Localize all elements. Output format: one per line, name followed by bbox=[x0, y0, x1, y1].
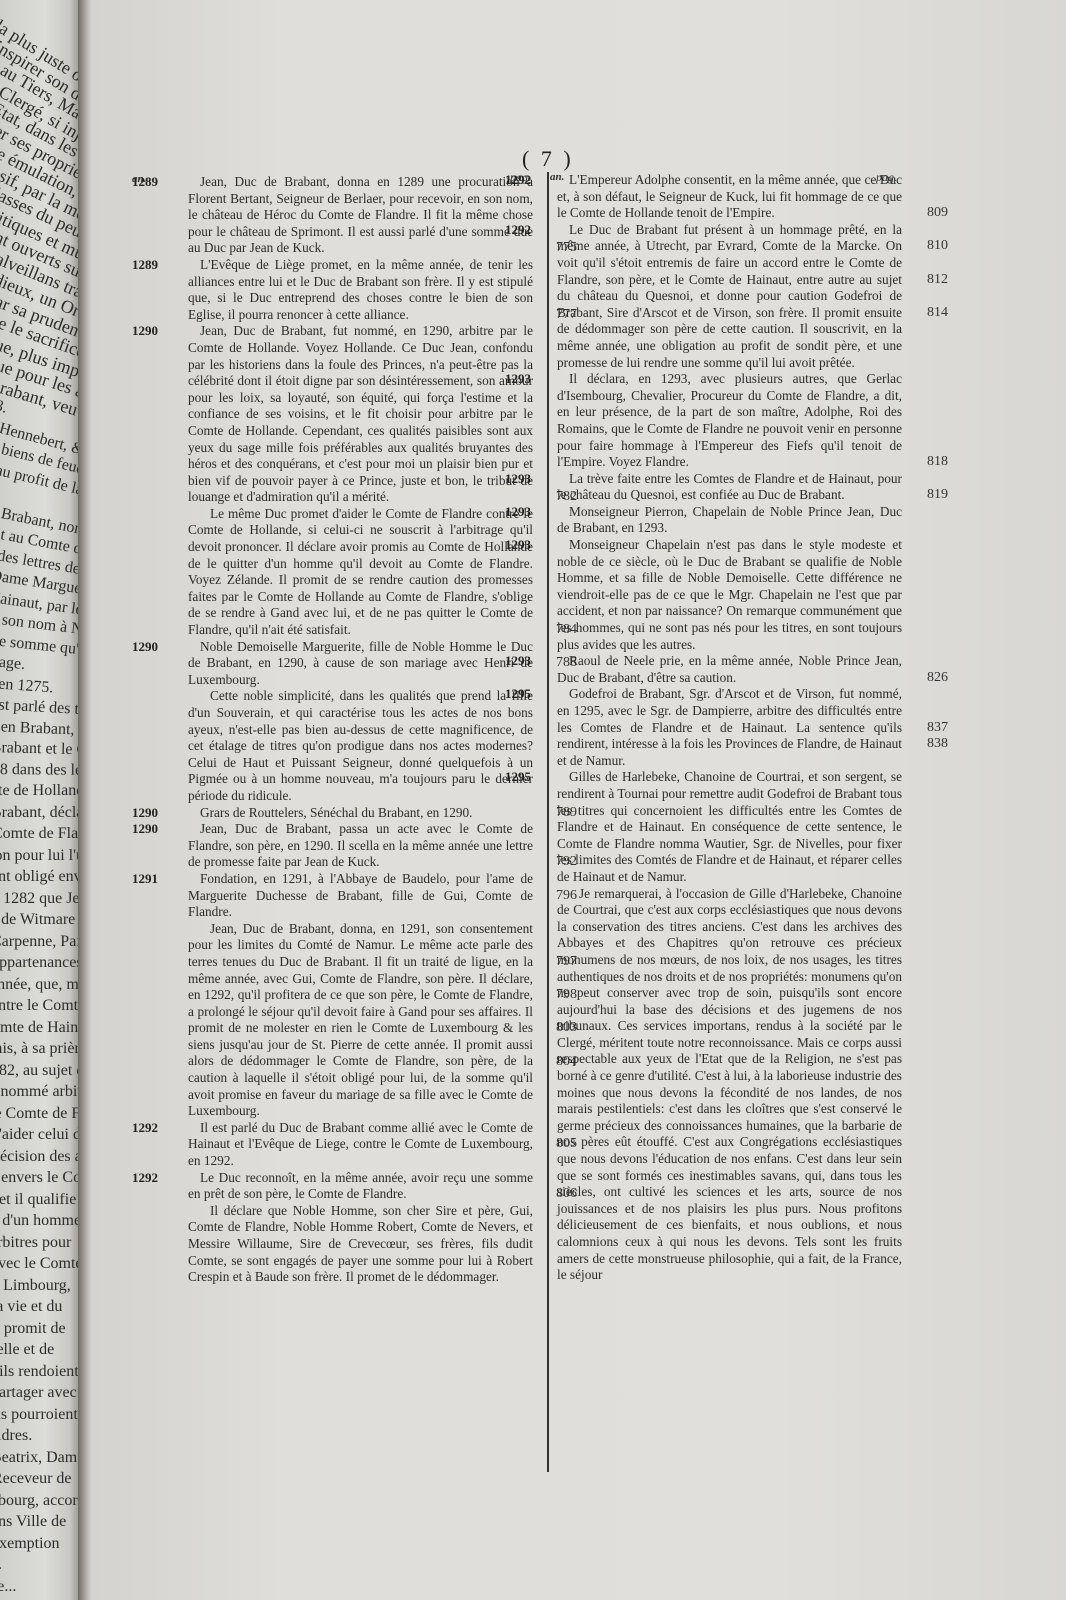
entry-year: 1292 bbox=[505, 222, 531, 239]
entry: Il déclare que Noble Homme, son cher Sir… bbox=[188, 1203, 533, 1286]
page-reference: 812 bbox=[927, 272, 948, 289]
facing-page-line: d'aider celui des bbox=[0, 1126, 82, 1144]
facing-page-line: entre le Comte de bbox=[0, 997, 82, 1015]
entry-year: 1293 bbox=[505, 653, 531, 670]
facing-page-fragment: it la plus juste obje-d'inspirer son dé-… bbox=[0, 0, 82, 1600]
entry-year: 1293 bbox=[505, 504, 531, 521]
left-column: 1289Jean, Duc de Brabant, donna en 1289 … bbox=[188, 174, 533, 1286]
entry-year: 1293 bbox=[505, 371, 531, 388]
entry-text: Je remarquerai, à l'occasion de Gille d'… bbox=[557, 886, 902, 1284]
facing-page-line: partager avec bbox=[0, 1384, 77, 1402]
facing-page-line: e envers le Comte bbox=[0, 1169, 82, 1187]
facing-page-line: arbitres pour bbox=[0, 1234, 71, 1252]
page-number-header: ( 7 ) bbox=[522, 146, 574, 172]
book-page: ( 7 ) an. pag. an. pag. 1289Jean, Duc de… bbox=[92, 0, 1066, 1600]
facing-page-line: il promit de bbox=[0, 1320, 66, 1338]
facing-page-line: s d'un homme bbox=[0, 1212, 81, 1230]
entry: 1292Le Duc reconnoît, en la même année, … bbox=[188, 1170, 533, 1203]
right-column: 1292L'Empereur Adolphe consentit, en la … bbox=[557, 172, 902, 1284]
entry: 1292Le Duc de Brabant fut présent à un h… bbox=[557, 222, 902, 371]
entry-year: 1295 bbox=[505, 686, 531, 703]
facing-page-line: eldres. bbox=[0, 1427, 32, 1445]
facing-page-line: 282, au sujet du bbox=[0, 1062, 82, 1080]
entry: 1293Il déclara, en 1293, avec plusieurs … bbox=[557, 371, 902, 471]
book-gutter bbox=[78, 0, 92, 1600]
entry-year: 1293 bbox=[505, 471, 531, 488]
entry-text: Gilles de Harlebeke, Chanoine de Courtra… bbox=[557, 769, 902, 885]
entry-year: 1289 bbox=[132, 257, 158, 274]
facing-page-line: Brabant, déclare, bbox=[0, 804, 82, 822]
facing-page-line: Receveur de bbox=[0, 1470, 72, 1488]
page-reference: 818 bbox=[927, 454, 948, 471]
entry: Le même Duc promet d'aider le Comte de F… bbox=[188, 506, 533, 639]
entry: 1295Godefroi de Brabant, Sgr. d'Arscot e… bbox=[557, 686, 902, 769]
entry-year: 1292 bbox=[505, 172, 531, 189]
facing-page-line: riage. bbox=[0, 653, 26, 674]
page-reference: 838 bbox=[927, 736, 948, 753]
facing-page-line: sa vie et du bbox=[0, 1298, 62, 1316]
facing-page-line: Je... bbox=[0, 1578, 16, 1596]
facing-page-line: telle et de bbox=[0, 1341, 54, 1359]
entry: 1295Gilles de Harlebeke, Chanoine de Cou… bbox=[557, 769, 902, 885]
page-reference: 809 bbox=[927, 205, 948, 222]
entry: 1292Il est parlé du Duc de Brabant comme… bbox=[188, 1120, 533, 1170]
entry-text: Grars de Routtelers, Sénéchal du Brabant… bbox=[188, 805, 533, 822]
facing-page-line: mis, à sa prière, bbox=[0, 1040, 82, 1058]
facing-page-line: exemption bbox=[0, 1535, 60, 1553]
entry-text: Il est parlé du Duc de Brabant comme all… bbox=[188, 1120, 533, 1170]
entry: 1289L'Evêque de Liège promet, en la même… bbox=[188, 257, 533, 323]
facing-page-line: Brabant et le Comte bbox=[0, 739, 82, 760]
entry-year: 1289 bbox=[132, 174, 158, 191]
entry-text: Jean, Duc de Brabant, donna, en 1291, so… bbox=[188, 921, 533, 1120]
entry: Cette noble simplicité, dans les qualité… bbox=[188, 688, 533, 804]
entry: 1290Jean, Duc de Brabant, passa un acte … bbox=[188, 821, 533, 871]
facing-page-line: nbourg, accorde bbox=[0, 1492, 82, 1510]
entry: 1291Fondation, en 1291, à l'Abbaye de Ba… bbox=[188, 871, 533, 921]
facing-page-line: e 1282 que Jean, bbox=[0, 890, 82, 908]
facing-page-line: t nommé arbitre, bbox=[0, 1083, 82, 1101]
entry-text: Jean, Duc de Brabant, fut nommé, en 1290… bbox=[188, 323, 533, 506]
entry-text: Raoul de Neele prie, en la même année, N… bbox=[557, 653, 902, 686]
entry-year: 1295 bbox=[505, 769, 531, 786]
entry: Jean, Duc de Brabant, donna, en 1291, so… bbox=[188, 921, 533, 1120]
entry: 1293Monseigneur Pierron, Chapelain de No… bbox=[557, 504, 902, 537]
page-reference: 819 bbox=[927, 487, 948, 504]
page-reference: 810 bbox=[927, 238, 948, 255]
entry-text: Il déclare que Noble Homme, son cher Sir… bbox=[188, 1203, 533, 1286]
facing-page-line: , en 1275. bbox=[0, 675, 54, 697]
facing-page-line: Beatrix, Dame bbox=[0, 1449, 82, 1467]
page-reference: 814 bbox=[927, 305, 948, 322]
facing-page-line: année, que, mo- bbox=[0, 976, 82, 994]
facing-page-line: avec le Comte bbox=[0, 1255, 82, 1273]
entry-text: Il déclara, en 1293, avec plusieurs autr… bbox=[557, 371, 902, 471]
entry-text: Noble Demoiselle Marguerite, fille de No… bbox=[188, 639, 533, 689]
facing-page-line: appartenances. bbox=[0, 954, 82, 972]
facing-page-line: ils pourroient bbox=[0, 1406, 78, 1424]
entry-text: Jean, Duc de Brabant, passa un acte avec… bbox=[188, 821, 533, 871]
entry-text: Le même Duc promet d'aider le Comte de F… bbox=[188, 506, 533, 639]
entry: 1289Jean, Duc de Brabant, donna en 1289 … bbox=[188, 174, 533, 257]
entry-year: 1291 bbox=[132, 871, 158, 888]
facing-page-line: s'ils rendoient bbox=[0, 1363, 79, 1381]
entry-year: 1290 bbox=[132, 323, 158, 340]
entry: Je remarquerai, à l'occasion de Gille d'… bbox=[557, 886, 902, 1284]
facing-page-line: Comte de Flandre, bbox=[0, 825, 82, 843]
facing-page-line: e Limbourg, bbox=[0, 1277, 71, 1295]
page-reference: 837 bbox=[927, 720, 948, 737]
page-reference: 826 bbox=[927, 670, 948, 687]
entry: 1290Grars de Routtelers, Sénéchal du Bra… bbox=[188, 805, 533, 822]
entry: 1293Raoul de Neele prie, en la même anné… bbox=[557, 653, 902, 686]
entry-text: Monseigneur Pierron, Chapelain de Noble … bbox=[557, 504, 902, 537]
facing-page-line: ute de Hollande. bbox=[0, 782, 82, 800]
entry: 1290Noble Demoiselle Marguerite, fille d… bbox=[188, 639, 533, 689]
facing-page-line: , et il qualifie bbox=[0, 1191, 76, 1209]
entry: 1292L'Empereur Adolphe consentit, en la … bbox=[557, 172, 902, 222]
facing-page-line: ent obligé envers bbox=[0, 868, 82, 886]
entry-year: 1292 bbox=[132, 1120, 158, 1137]
facing-page-line: e en Brabant, &c. bbox=[0, 718, 82, 740]
entry-year: 1290 bbox=[132, 639, 158, 656]
entry-year: 1290 bbox=[132, 821, 158, 838]
facing-page-line: le Comte de Flan- bbox=[0, 1105, 82, 1123]
entry-text: L'Empereur Adolphe consentit, en la même… bbox=[557, 172, 902, 222]
entry-text: La trève faite entre les Comtes de Fland… bbox=[557, 471, 902, 504]
entry-text: Le Duc de Brabant fut présent à un homma… bbox=[557, 222, 902, 371]
facing-page-line: omte de Hainaut, bbox=[0, 1019, 82, 1037]
facing-page-line: ... bbox=[0, 1556, 2, 1574]
entry-text: Fondation, en 1291, à l'Abbaye de Baudel… bbox=[188, 871, 533, 921]
entry-year: 1292 bbox=[132, 1170, 158, 1187]
facing-page-line: Carpenne, Pafte- bbox=[0, 933, 82, 951]
facing-page-line: ion pour lui l'une bbox=[0, 847, 82, 865]
facing-page-line: é de Witmare & bbox=[0, 911, 82, 929]
entry-text: Cette noble simplicité, dans les qualité… bbox=[188, 688, 533, 804]
entry-year: 1290 bbox=[132, 805, 158, 822]
facing-page-line: ans Ville de bbox=[0, 1513, 66, 1531]
facing-page-line: est parlé des terres bbox=[0, 696, 82, 721]
entry: 1293La trève faite entre les Comtes de F… bbox=[557, 471, 902, 504]
entry-text: L'Evêque de Liège promet, en la même ann… bbox=[188, 257, 533, 323]
entry-year: 1293 bbox=[505, 537, 531, 554]
entry: 1293Monseigneur Chapelain n'est pas dans… bbox=[557, 537, 902, 653]
entry-text: Le Duc reconnoît, en la même année, avoi… bbox=[188, 1170, 533, 1203]
entry-text: Jean, Duc de Brabant, donna en 1289 une … bbox=[188, 174, 533, 257]
column-divider bbox=[547, 172, 549, 1472]
facing-page-line: 78 dans des lettres bbox=[0, 761, 82, 780]
entry: 1290Jean, Duc de Brabant, fut nommé, en … bbox=[188, 323, 533, 506]
entry-text: Godefroi de Brabant, Sgr. d'Arscot et de… bbox=[557, 686, 902, 769]
entry-text: Monseigneur Chapelain n'est pas dans le … bbox=[557, 537, 902, 653]
facing-page-line: décision des ar- bbox=[0, 1148, 82, 1166]
